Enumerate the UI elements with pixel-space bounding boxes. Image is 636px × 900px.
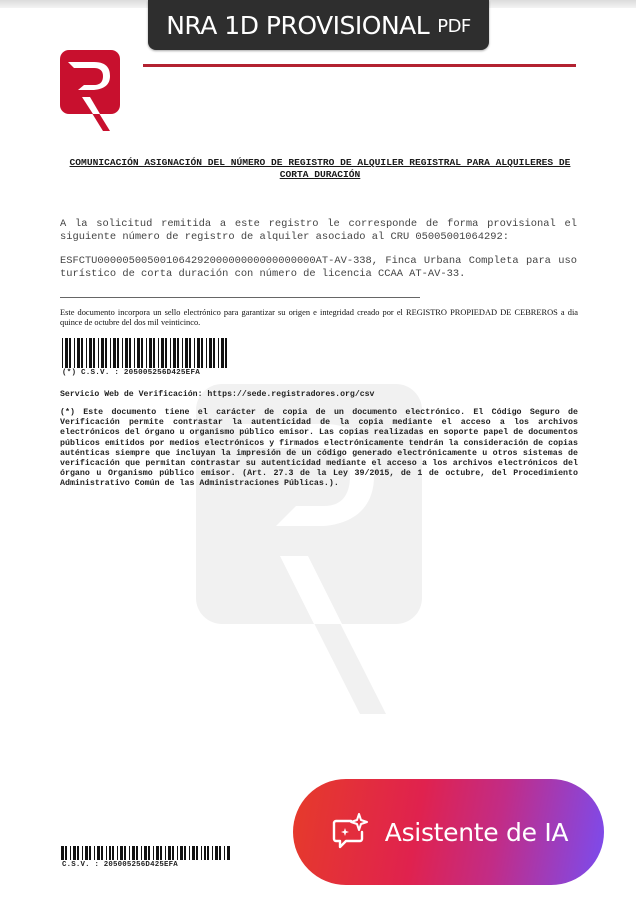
legal-note: (*) Este documento tiene el carácter de … xyxy=(60,408,578,490)
footer-csv-code: C.S.V. : 205005256D425EFA xyxy=(62,861,178,869)
file-type-label: PDF xyxy=(437,16,471,37)
csv-barcode-icon xyxy=(62,338,230,368)
seal-statement: Este documento incorpora un sello electr… xyxy=(60,308,578,329)
verification-label: Servicio Web de Verificación: xyxy=(60,390,203,399)
footer-barcode-icon xyxy=(61,846,231,860)
csv-code: (*) C.S.V. : 205005256D425EFA xyxy=(62,369,200,377)
verification-link[interactable]: https://sede.registradores.org/csv xyxy=(207,390,374,399)
ai-chat-sparkle-icon xyxy=(329,812,369,852)
header-rule xyxy=(143,64,576,67)
verification-service: Servicio Web de Verificación: https://se… xyxy=(60,390,374,399)
registration-number-paragraph: ESFCTU0000050050010642920000000000000000… xyxy=(60,255,577,280)
ai-assistant-button[interactable]: Asistente de IA xyxy=(293,779,604,885)
separator-line xyxy=(60,297,420,298)
document-heading: COMUNICACIÓN ASIGNACIÓN DEL NÚMERO DE RE… xyxy=(60,157,580,181)
registradores-logo-icon xyxy=(60,50,122,132)
document-title-pill: NRA 1D PROVISIONAL PDF xyxy=(148,0,489,50)
document-name: NRA 1D PROVISIONAL xyxy=(166,11,429,40)
assignment-paragraph: A la solicitud remitida a este registro … xyxy=(60,218,577,243)
ai-assistant-label: Asistente de IA xyxy=(385,818,568,847)
